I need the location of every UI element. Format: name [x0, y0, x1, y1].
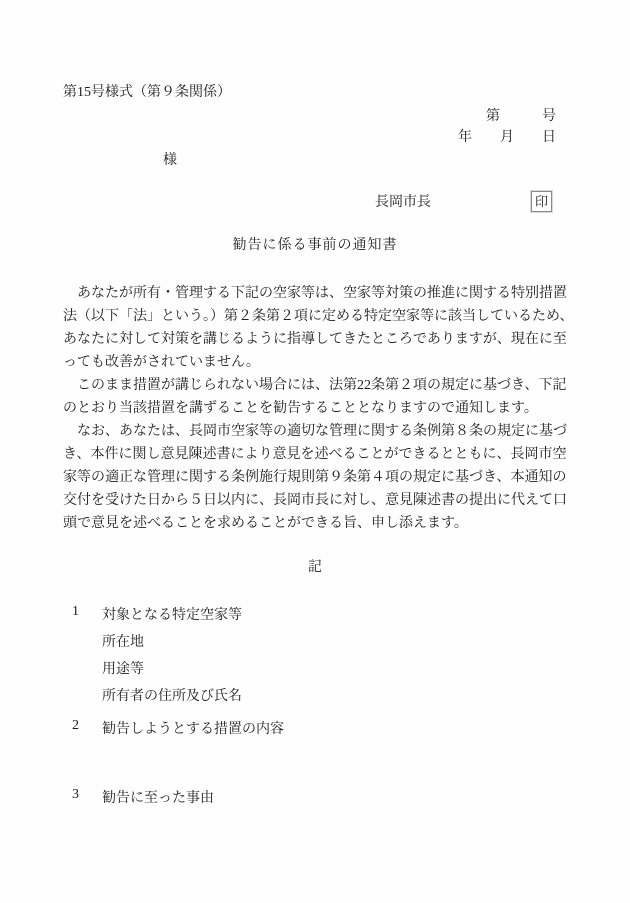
body-line: 頭で意見を述べることを求めることができる旨、申し添えます。 [63, 512, 575, 535]
list-item-1: 1 対象となる特定空家等 [72, 604, 242, 624]
item-label: 勧告に至った事由 [102, 787, 214, 807]
body-line: このまま措置が講じられない場合には、法第22条第２項の規定に基づき、下記 [63, 374, 575, 397]
body-line: なお、あなたは、長岡市空家等の適切な管理に関する条例第８条の規定に基づ [63, 420, 575, 443]
seal-mark: 印 [531, 191, 552, 212]
body-line: 交付を受けた日から５日以内に、長岡市長に対し、意見陳述書の提出に代えて口 [63, 489, 575, 512]
document-page: 第15号様式（第９条関係） 第 号 年 月 日 様 長岡市長 印 勧告に係る事前… [0, 0, 630, 903]
notes-heading: 記 [0, 556, 630, 576]
body-line: あなたに対して対策を講じるように指導してきたところでありますが、現在に至 [63, 328, 575, 351]
list-item-3: 3 勧告に至った事由 [72, 787, 214, 807]
form-number: 第15号様式（第９条関係） [63, 81, 231, 101]
item-label: 対象となる特定空家等 [102, 604, 242, 624]
item-number: 1 [72, 604, 102, 624]
body-line: あなたが所有・管理する下記の空家等は、空家等対策の推進に関する特別措置 [63, 282, 575, 305]
sub-item-location: 所在地 [102, 631, 144, 651]
sub-item-owner: 所有者の住所及び氏名 [102, 685, 242, 705]
item-number: 2 [72, 718, 102, 738]
item-number: 3 [72, 787, 102, 807]
body-paragraphs: あなたが所有・管理する下記の空家等は、空家等対策の推進に関する特別措置 法（以下… [63, 282, 575, 535]
body-line: のとおり当該措置を講ずることを勧告することとなりますので通知します。 [63, 397, 575, 420]
list-item-2: 2 勧告しようとする措置の内容 [72, 718, 284, 738]
document-title: 勧告に係る事前の通知書 [0, 234, 630, 254]
item-label: 勧告しようとする措置の内容 [102, 718, 284, 738]
body-line: 法（以下「法」という。）第２条第２項に定める特定空家等に該当しているため、 [63, 305, 575, 328]
body-line: き、本件に関し意見陳述書により意見を述べることができるとともに、長岡市空 [63, 443, 575, 466]
body-line: 家等の適正な管理に関する条例施行規則第９条第４項の規定に基づき、本通知の [63, 466, 575, 489]
date-line: 年 月 日 [458, 126, 556, 146]
sub-item-usage: 用途等 [102, 658, 144, 678]
document-number-line: 第 号 [486, 105, 556, 125]
sender-row: 長岡市長 印 [63, 191, 567, 212]
sender-name: 長岡市長 [375, 191, 431, 211]
body-line: っても改善がされていません。 [63, 351, 575, 374]
addressee-honorific: 様 [163, 149, 177, 169]
